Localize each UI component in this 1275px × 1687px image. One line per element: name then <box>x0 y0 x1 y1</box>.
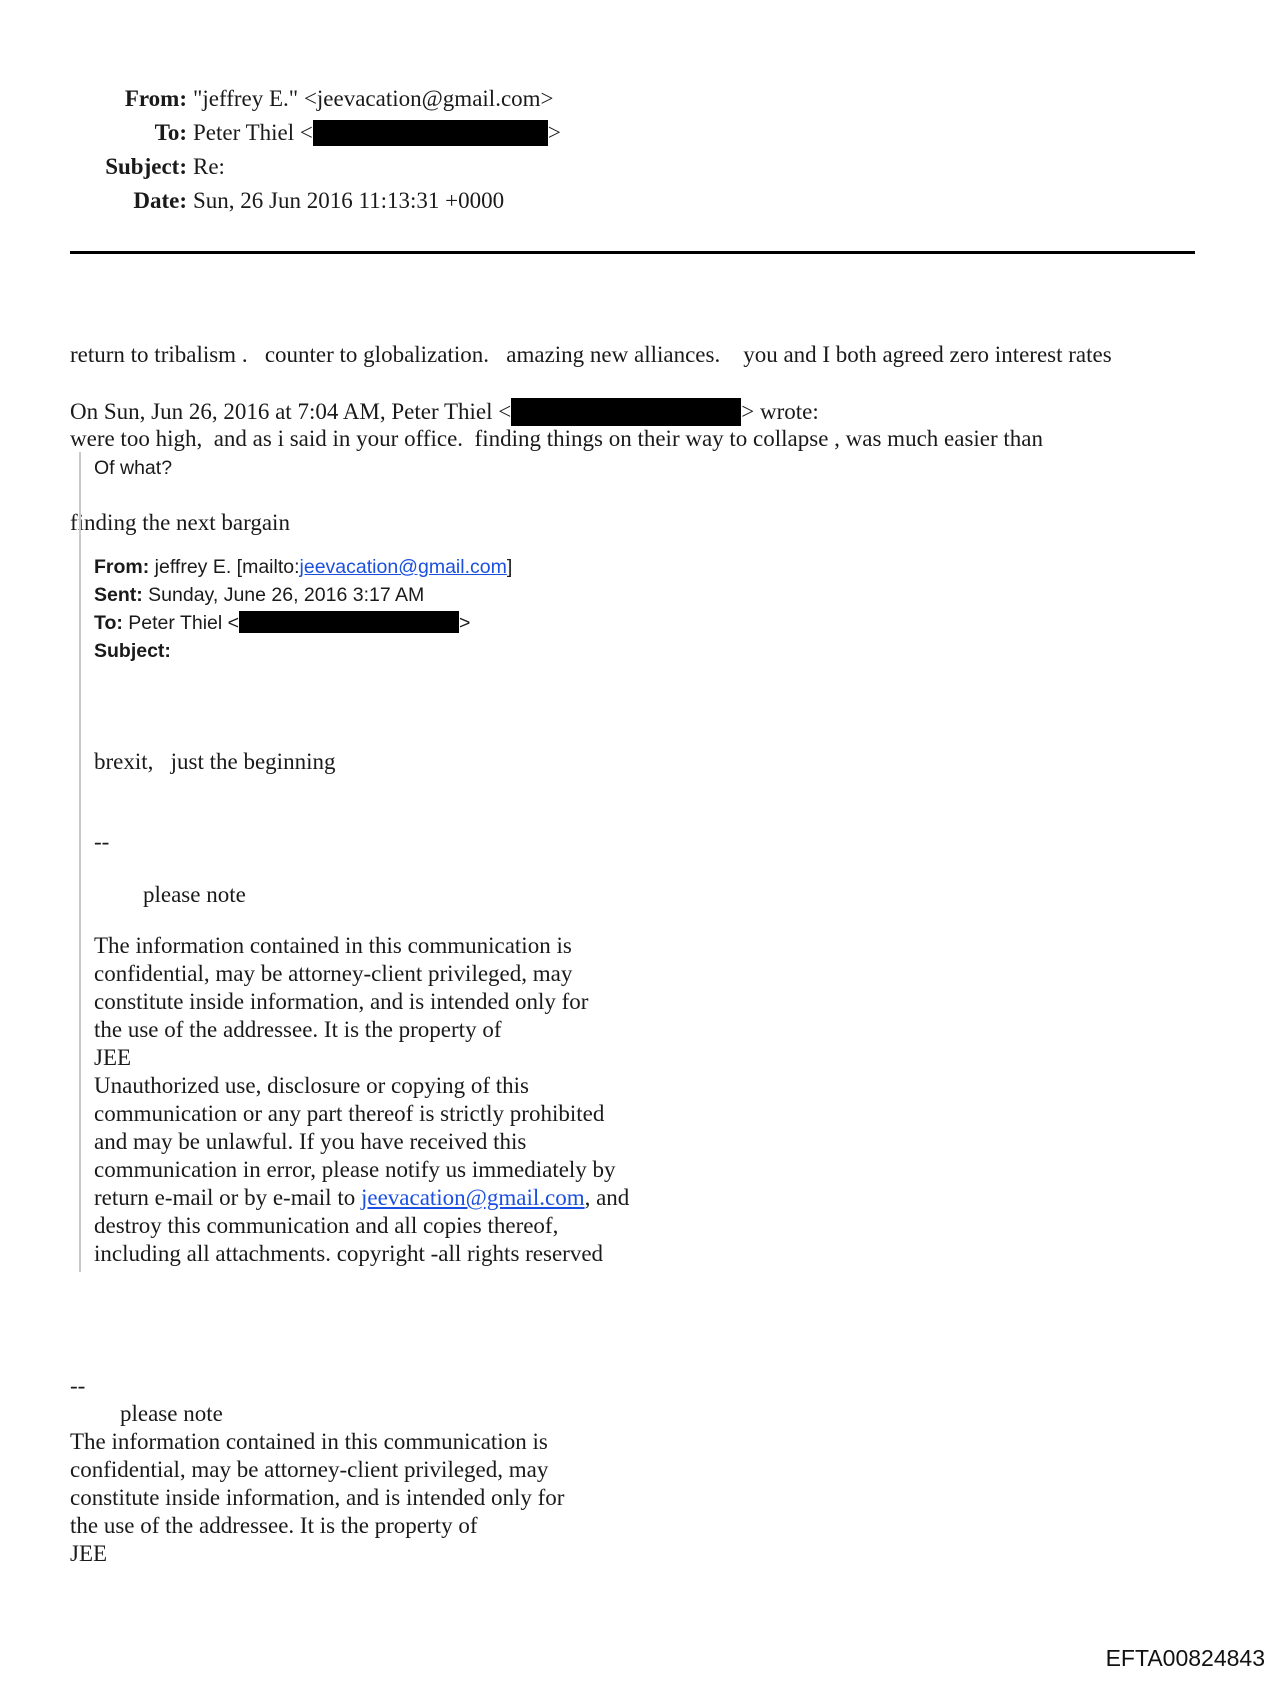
quoted-from-email-link[interactable]: jeevacation@gmail.com <box>300 556 507 578</box>
quoted-message-text: brexit, just the beginning <box>94 747 335 777</box>
disclaimer-line: constitute inside information, and is in… <box>94 988 714 1016</box>
reply-attribution: On Sun, Jun 26, 2016 at 7:04 AM, Peter T… <box>70 397 819 428</box>
subject-label: Subject: <box>105 150 187 184</box>
disclaimer-line: communication or any part thereof is str… <box>94 1100 714 1128</box>
attribution-suffix: > wrote: <box>741 399 818 424</box>
redaction-box <box>511 398 741 426</box>
quoted-sent-value: Sunday, June 26, 2016 3:17 AM <box>143 584 425 606</box>
redaction-box <box>239 611 459 633</box>
quoted-disclaimer: The information contained in this commun… <box>94 932 714 1268</box>
quoted-to-label: To: <box>94 612 123 634</box>
body-line: were too high, and as i said in your off… <box>70 425 1210 453</box>
to-close: > <box>548 120 561 145</box>
quoted-to-row: To: Peter Thiel <> <box>94 609 512 637</box>
quoted-from-suffix: ] <box>507 556 512 578</box>
header-date-row: Date: Sun, 26 Jun 2016 11:13:31 +0000 <box>0 184 800 218</box>
disclaimer-line: confidential, may be attorney-client pri… <box>94 960 714 988</box>
date-value: Sun, 26 Jun 2016 11:13:31 +0000 <box>193 184 504 218</box>
header-from-row: From: "jeffrey E." <jeevacation@gmail.co… <box>0 82 800 116</box>
disclaimer-link-suffix: , and <box>585 1185 630 1210</box>
redaction-box <box>313 120 548 146</box>
header-to-row: To: Peter Thiel <> <box>0 116 800 150</box>
from-label: From: <box>125 82 187 116</box>
signature-please-note: please note <box>70 1400 564 1428</box>
signature-dashes: -- <box>70 1372 564 1400</box>
signature-block: -- please note The information contained… <box>70 1372 564 1568</box>
to-label: To: <box>155 116 187 150</box>
disclaimer-line: destroy this communication and all copie… <box>94 1212 714 1240</box>
body-line: return to tribalism . counter to globali… <box>70 341 1210 369</box>
document-id: EFTA00824843 <box>1106 1645 1265 1672</box>
quoted-from-value: jeffrey E. [mailto: <box>149 556 299 578</box>
signature-line: the use of the addressee. It is the prop… <box>70 1512 564 1540</box>
to-value: Peter Thiel <> <box>193 116 561 150</box>
disclaimer-line: The information contained in this commun… <box>94 932 714 960</box>
subject-value: Re: <box>193 150 225 184</box>
to-name: Peter Thiel < <box>193 120 313 145</box>
disclaimer-line: the use of the addressee. It is the prop… <box>94 1016 714 1044</box>
email-header: From: "jeffrey E." <jeevacation@gmail.co… <box>0 82 800 218</box>
header-divider <box>70 251 1195 254</box>
quoted-sent-label: Sent: <box>94 584 143 606</box>
disclaimer-line: Unauthorized use, disclosure or copying … <box>94 1072 714 1100</box>
quoted-please-note: please note <box>143 880 246 910</box>
disclaimer-line: communication in error, please notify us… <box>94 1156 714 1184</box>
disclaimer-email-link[interactable]: jeevacation@gmail.com <box>361 1185 585 1210</box>
quoted-subject-row: Subject: <box>94 637 512 665</box>
date-label: Date: <box>133 184 187 218</box>
quoted-subject-label: Subject: <box>94 640 171 662</box>
disclaimer-link-line: return e-mail or by e-mail to jeevacatio… <box>94 1184 714 1212</box>
quoted-message: Of what? From: jeffrey E. [mailto:jeevac… <box>79 452 981 1272</box>
signature-line: The information contained in this commun… <box>70 1428 564 1456</box>
signature-line: JEE <box>70 1540 564 1568</box>
quoted-reply-text: Of what? <box>94 454 172 482</box>
disclaimer-line: JEE <box>94 1044 714 1072</box>
quoted-from-label: From: <box>94 556 149 578</box>
signature-line: confidential, may be attorney-client pri… <box>70 1456 564 1484</box>
from-value: "jeffrey E." <jeevacation@gmail.com> <box>193 82 554 116</box>
quoted-to-name: Peter Thiel < <box>123 612 239 634</box>
quoted-to-close: > <box>459 612 470 634</box>
header-subject-row: Subject: Re: <box>0 150 800 184</box>
quoted-header: From: jeffrey E. [mailto:jeevacation@gma… <box>94 553 512 665</box>
disclaimer-link-prefix: return e-mail or by e-mail to <box>94 1185 361 1210</box>
quoted-from-row: From: jeffrey E. [mailto:jeevacation@gma… <box>94 553 512 581</box>
signature-line: constitute inside information, and is in… <box>70 1484 564 1512</box>
disclaimer-line: and may be unlawful. If you have receive… <box>94 1128 714 1156</box>
quoted-sent-row: Sent: Sunday, June 26, 2016 3:17 AM <box>94 581 512 609</box>
quoted-signature-dashes: -- <box>94 827 109 857</box>
disclaimer-line: including all attachments. copyright -al… <box>94 1240 714 1268</box>
attribution-prefix: On Sun, Jun 26, 2016 at 7:04 AM, Peter T… <box>70 399 511 424</box>
